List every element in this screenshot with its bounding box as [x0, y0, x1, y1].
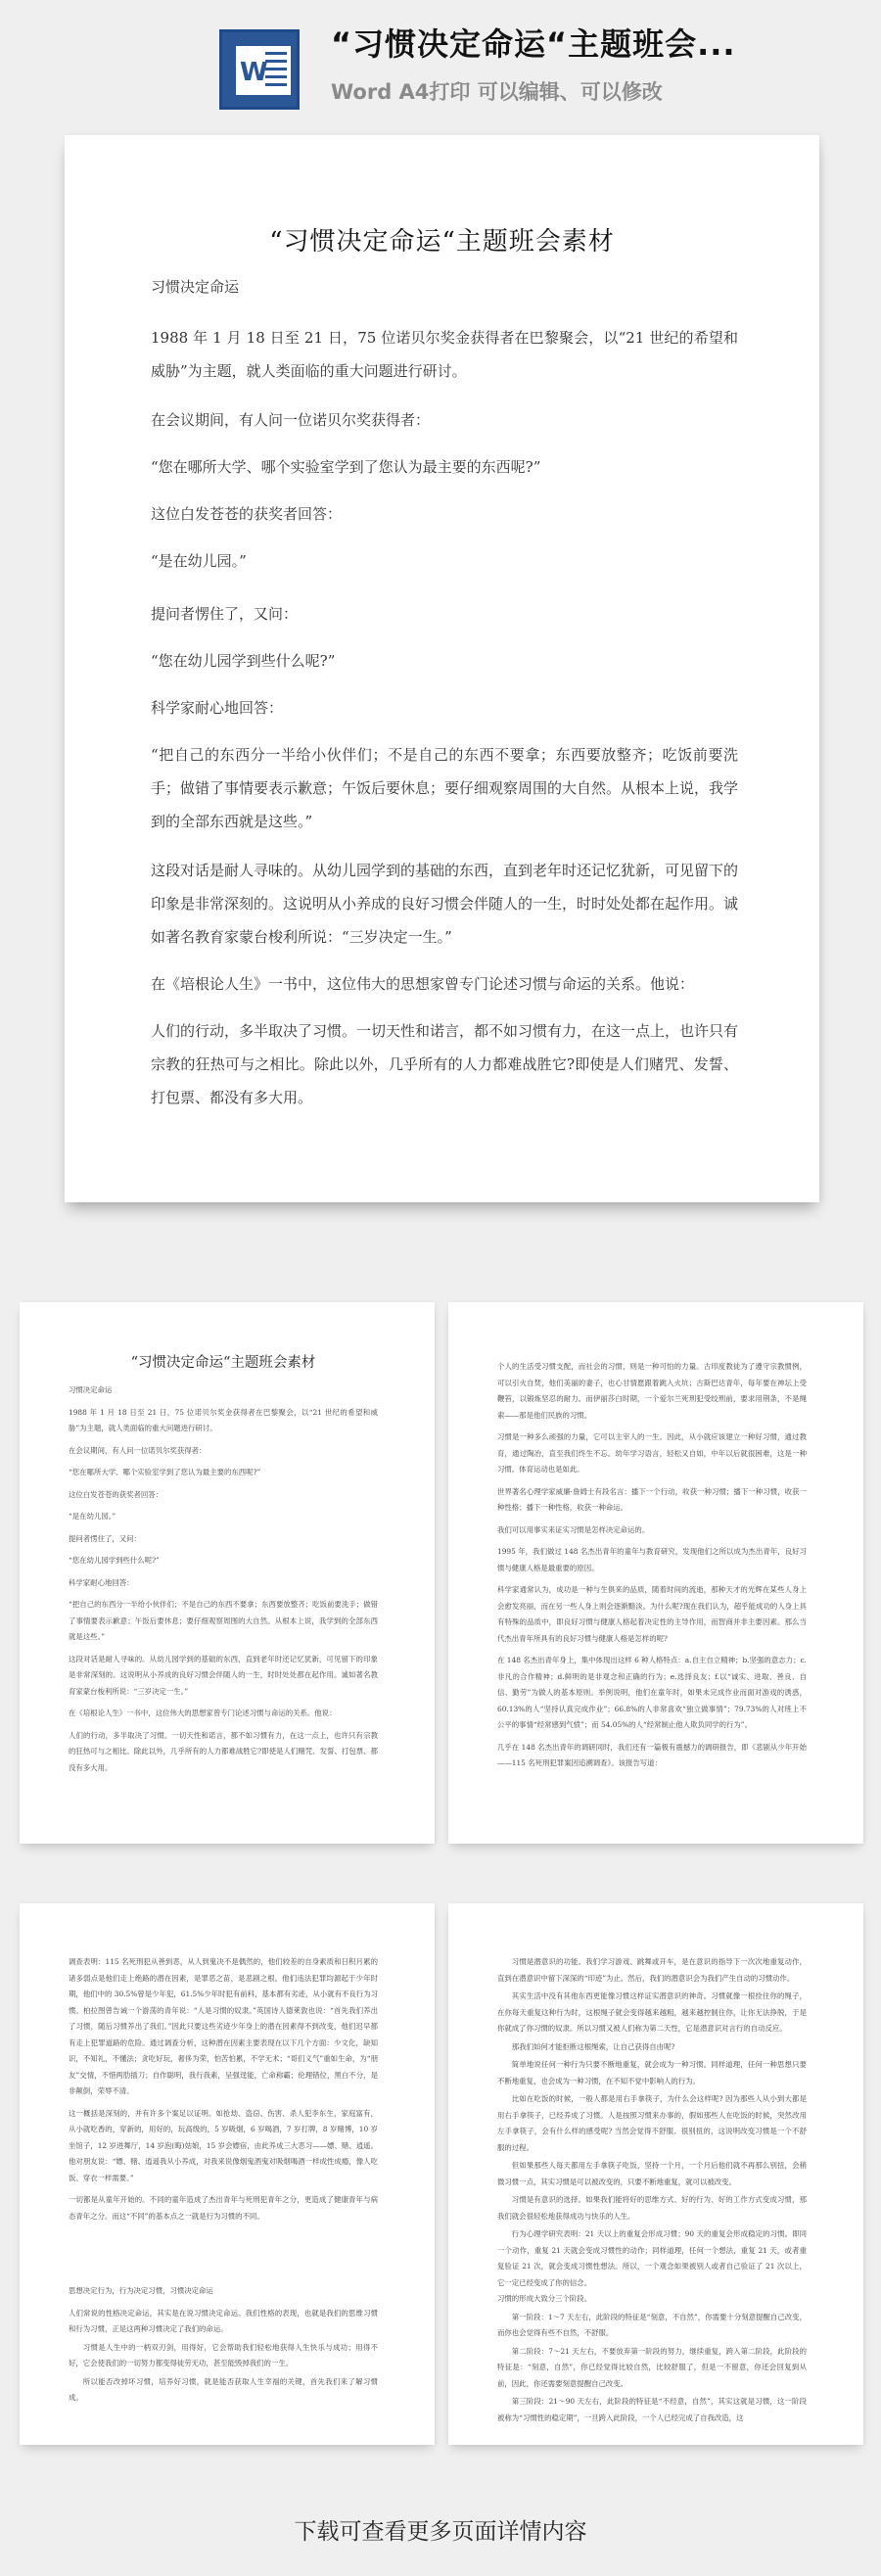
- paragraph: “把自己的东西分一半给小伙伴们；不是自己的东西不要拿；东西要放整齐；吃饭前要洗手…: [69, 1597, 378, 1646]
- paragraph: 习惯是人生中的一柄双刃剑，用得好，它会帮助我们轻松地获得人生快乐与成功；用得不好…: [69, 2340, 378, 2372]
- paragraph: 所以能否改掉坏习惯，培养好习惯，就是能否获取人生幸福的关键，首先我们来了解习惯成…: [69, 2374, 378, 2407]
- paragraph: 在会议期间，有人问一位诺贝尔奖获得者：: [151, 403, 738, 437]
- thumbnail-body: 个人的生活受习惯支配，而社会的习惯，则是一种可怕的力量。古印度教徒为了遵守宗教惯…: [497, 1359, 807, 1778]
- page-title: “习惯决定命运“主题班会素材: [65, 221, 819, 258]
- paragraph: 但如果那些人每天都用左手拿筷子吃饭，坚持一个月，一个月后他们就不再那么别扭，会稍…: [497, 2158, 807, 2190]
- paragraph: 提问者愣住了，又问：: [151, 597, 738, 631]
- paragraph: 第二阶段：7～21 天左右，不要放弃第一阶段的努力，继续重复，跨入第二阶段，此阶…: [497, 2344, 807, 2393]
- paragraph: 科学家耐心地回答：: [69, 1575, 378, 1592]
- paragraph: 行为心理学研究表明：21 天以上的重复会形成习惯；90 天的重复会形成稳定的习惯…: [497, 2226, 807, 2291]
- main-document-page: “习惯决定命运“主题班会素材 习惯决定命运 1988 年 1 月 18 日至 2…: [65, 135, 819, 1202]
- paragraph: 几乎在 148 名杰出青年的调研同时，我们还有一篇极有震撼力的调研报告，即《悲剧…: [497, 1740, 807, 1772]
- paragraph: 在会议期间，有人问一位诺贝尔奖获得者：: [69, 1443, 378, 1460]
- paragraph: 一切都是从童年开始的。不同的童年造成了杰出青年与死刑犯青年之分，更造成了健康青年…: [69, 2192, 378, 2225]
- paragraph: 其实生活中没有其他东西更能像习惯这样证实潜意识的神奇。习惯就像一根拴住你的绳子，…: [497, 1989, 807, 2037]
- paragraph: 科学家耐心地回答：: [151, 691, 738, 725]
- header: W “习惯决定命运“主题班会... Word A4打印 可以编辑、可以修改: [0, 0, 881, 127]
- word-icon-lines: [265, 52, 287, 91]
- paragraph: 习惯的形成大致分三个阶段。: [497, 2291, 807, 2308]
- paragraph: “是在幼儿园。”: [151, 544, 738, 578]
- paragraph: 习惯是有意识的选择。如果我们能将好的思维方式、好的行为、好的工作方式变成习惯，那…: [497, 2192, 807, 2225]
- paragraph: 我们可以用事实来证实习惯是怎样决定命运的。: [497, 1522, 807, 1539]
- paragraph: 在 148 名杰出青年身上，集中体现出这样 6 种人格特点：a.自主自立精神；b…: [497, 1653, 807, 1734]
- paragraph: 人们的行动，多半取决了习惯。一切天性和诺言，都不如习惯有力，在这一点上，也许只有…: [69, 1728, 378, 1777]
- paragraph: 提问者愣住了，又问：: [69, 1531, 378, 1548]
- paragraph: 这段对话是耐人寻味的。从幼儿园学到的基础的东西，直到老年时还记忆犹新，可见留下的…: [151, 854, 738, 954]
- paragraph: 习惯决定命运: [69, 1382, 378, 1399]
- paragraph: 这位白发苍苍的获奖者回答：: [151, 497, 738, 531]
- document-subtitle: Word A4打印 可以编辑、可以修改: [331, 76, 663, 106]
- paragraph: 1988 年 1 月 18 日至 21 日，75 位诺贝尔奖金获得者在巴黎聚会，…: [151, 321, 738, 388]
- thumbnail-page-1[interactable]: “习惯决定命运“主题班会素材 习惯决定命运 1988 年 1 月 18 日至 2…: [20, 1302, 435, 1844]
- thumbnail-body: 调查表明：115 名死刑犯从善到恶，从人到鬼决不是偶然的，他们较差的自身素质和日…: [69, 1954, 378, 2412]
- thumbnail-page-4[interactable]: 习惯是潜意识的功能。我们学习游戏、跳舞或开车，是在意识的指导下一次次地重复动作，…: [448, 1903, 863, 2445]
- word-document-icon: W: [219, 29, 300, 110]
- paragraph: “把自己的东西分一半给小伙伴们；不是自己的东西不要拿；东西要放整齐；吃饭前要洗手…: [151, 738, 738, 838]
- paragraph: 调查表明：115 名死刑犯从善到恶，从人到鬼决不是偶然的，他们较差的自身素质和日…: [69, 1954, 378, 2100]
- paragraph: 比如在吃饭的时候，一般人都是用右手拿筷子，为什么会这样呢? 因为那些人从小到大都…: [497, 2091, 807, 2156]
- paragraph: 第三阶段：21～90 天左右，此阶段的特征是“不经意，自然”，其实这就是习惯，这…: [497, 2394, 807, 2426]
- paragraph: 世界著名心理学家威廉·詹姆士有段名言：播下一个行动，收获一种习惯；播下一种习惯，…: [497, 1484, 807, 1517]
- document-body: 习惯决定命运 1988 年 1 月 18 日至 21 日，75 位诺贝尔奖金获得…: [151, 270, 738, 1124]
- paragraph: 在《培根论人生》一书中，这位伟大的思想家曾专门论述习惯与命运的关系。他说：: [69, 1706, 378, 1722]
- word-icon-letter: W: [240, 58, 268, 87]
- thumbnail-page-3[interactable]: 调查表明：115 名死刑犯从善到恶，从人到鬼决不是偶然的，他们较差的自身素质和日…: [20, 1903, 435, 2445]
- thumbnail-title: “习惯决定命运“主题班会素材: [69, 1353, 378, 1373]
- paragraph: “是在幼儿园。”: [69, 1509, 378, 1525]
- paragraph: “您在哪所大学、哪个实验室学到了您认为最主要的东西呢?”: [151, 450, 738, 484]
- paragraph: 习惯是一种多么顽强的力量，它可以主宰人的一生。因此，从小就应该建立一种好习惯，通…: [497, 1429, 807, 1478]
- paragraph: “您在幼儿园学到些什么呢?”: [151, 644, 738, 678]
- section-heading: 思想决定行为，行为决定习惯，习惯决定命运: [69, 2283, 378, 2300]
- paragraph: 在《培根论人生》一书中，这位伟大的思想家曾专门论述习惯与命运的关系。他说：: [151, 967, 738, 1001]
- paragraph: 简单地说任何一种行为只要不断地重复，就会成为一种习惯。同样道理，任何一种思想只要…: [497, 2057, 807, 2089]
- paragraph: 这位白发苍苍的获奖者回答：: [69, 1487, 378, 1504]
- paragraph: 习惯决定命运: [151, 270, 738, 304]
- paragraph: 那我们如何才能拒断这根绳索，让自己获得自由呢?: [497, 2039, 807, 2056]
- paragraph: 这段对话是耐人寻味的。从幼儿园学到的基础的东西，直到老年时还记忆犹新，可见留下的…: [69, 1652, 378, 1701]
- paragraph: “您在哪所大学、哪个实验室学到了您认为最主要的东西呢?”: [69, 1465, 378, 1481]
- paragraph: 习惯是潜意识的功能。我们学习游戏、跳舞或开车，是在意识的指导下一次次地重复动作，…: [497, 1954, 807, 1987]
- thumbnail-body: “习惯决定命运“主题班会素材 习惯决定命运 1988 年 1 月 18 日至 2…: [69, 1353, 378, 1782]
- paragraph: 1988 年 1 月 18 日至 21 日，75 位诺贝尔奖金获得者在巴黎聚会，…: [69, 1405, 378, 1437]
- paragraph: 科学家通常认为，成功是一种与生俱来的品质，随着时间的流逝，那种天才的光辉在某些人…: [497, 1582, 807, 1647]
- thumbnail-body: 习惯是潜意识的功能。我们学习游戏、跳舞或开车，是在意识的指导下一次次地重复动作，…: [497, 1954, 807, 2432]
- document-title: “习惯决定命运“主题班会...: [331, 20, 736, 65]
- paragraph: 1995 年，我们做过 148 名杰出青年的童年与教育研究，发现他们之所以成为杰…: [497, 1544, 807, 1576]
- paragraph: 人们常说的性格决定命运，其实是在说习惯决定命运。我们性格的表现，也就是我们的思维…: [69, 2306, 378, 2338]
- paragraph: 人们的行动，多半取决了习惯。一切天性和诺言，都不如习惯有力，在这一点上，也许只有…: [151, 1014, 738, 1114]
- thumbnail-page-2[interactable]: 个人的生活受习惯支配，而社会的习惯，则是一种可怕的力量。古印度教徒为了遵守宗教惯…: [448, 1302, 863, 1844]
- paragraph: 个人的生活受习惯支配，而社会的习惯，则是一种可怕的力量。古印度教徒为了遵守宗教惯…: [497, 1359, 807, 1424]
- download-more-text[interactable]: 下载可查看更多页面详情内容: [0, 2513, 881, 2546]
- paragraph: 第一阶段：1～7 天左右，此阶段的特征是“刻意，不自然”，你需要十分刻意提醒自己…: [497, 2310, 807, 2342]
- paragraph: 这一概括是深刻的，并有许多个案足以证明。如抢劫、盗窃、伤害、杀人犯李东生，家庭富…: [69, 2106, 378, 2187]
- paragraph: “您在幼儿园学到些什么呢?”: [69, 1553, 378, 1569]
